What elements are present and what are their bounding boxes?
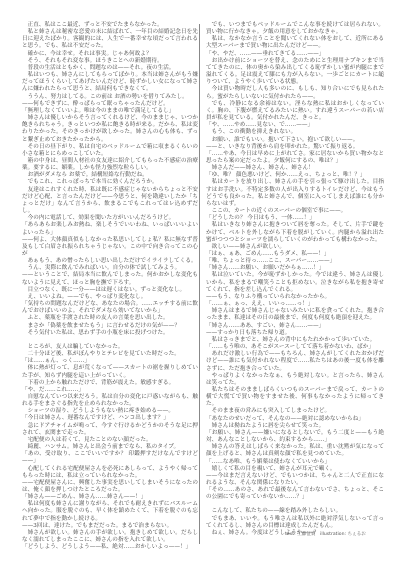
column-divider [199, 24, 200, 544]
text-paragraph: まさか「偽薬を飲ませたもう」に言わせるだけの気が——？ [22, 323, 198, 330]
text-paragraph: こんなして、私たちの——線を踏み外したらしい。 [206, 508, 384, 515]
text-paragraph: 今は買い物時だし人も多いのに、もしも、知り合いにでも見られたら。蜜がたらしいない… [206, 86, 384, 100]
text-paragraph: ——3回は、達けた。でもまだだった。まるで治まらない。 [22, 523, 198, 530]
text-paragraph: 私は何度も姉さんに謝りながら、それでも耐えきれずにバスルームへ向かった。服を脱ぐ… [22, 501, 198, 522]
text-paragraph: 欲しい——姉さんが欲しい。 [206, 244, 384, 251]
text-paragraph: 私は、なかなか言うことを聞いてくれない体をおして、近所にある大型スーパーまで買い… [206, 36, 384, 50]
text-paragraph: もう、この衝動を抑えきれない。 [206, 129, 384, 136]
text-paragraph: ——何よ、大体顔真似もしなかった私思いしてしょ私？私に無なず普及もして白眉され振… [22, 237, 198, 258]
text-paragraph: ところが、友人は騙していなかった。 [22, 344, 198, 351]
text-paragraph: ——と、いきなり背後から肩を叩かれた。驚いて振り返る。 [206, 144, 384, 151]
text-paragraph: でもまあ、いいや。もう唯さんは私以外に絶対浮気しないって言ってくれてるし、姉さん… [206, 516, 384, 530]
text-paragraph: 「姉さん……ああ、すごい、姉さん……——」 [206, 323, 384, 330]
text-paragraph: 「気持ちの問題なんだけどな、あなたの場合。……エッチする前に飲んでおけばいいのよ… [22, 301, 198, 315]
text-paragraph: 下着の上から触れただけで、背筋が震えた。敏感すぎる。 [22, 380, 198, 387]
text-paragraph: 私はいつも、姉さんにしてもらってばかり。本当は姉さんがもう嫌だってほうくらいして… [22, 72, 198, 93]
text-paragraph: ——宅配便屋さんに、興奮した事実を思いしてしまいそうになったのは、俺く顔を押しつ… [22, 480, 198, 494]
text-paragraph: ううん、努力はしてる。この前は お酒の勢いを借りてみたし。 [22, 94, 198, 101]
text-paragraph: 「お願い、姉さん——嫌いになるとしないで。もう二度と——もう絶対、あんなことしな… [206, 430, 384, 444]
text-paragraph: 私たちはそのまましばらくいつものスーパーまで戻って、カートの横で大慌てで買い物を… [206, 387, 384, 408]
text-paragraph: 確かに、今は幸せ。それは事実。じゃあ何故よ？ [22, 51, 198, 58]
text-paragraph: 私はさっきまでと、姉さんの背中にもたれかかって歩いていた。 [206, 337, 384, 344]
text-paragraph: 姉さんは優しいからそう言ってくれるけど、今のままじゃ、いつか飽きられちゃう。きっ… [22, 115, 198, 144]
text-paragraph: 「今日は姉さん、遅番なんですけど、ハンコ出します？」 [22, 415, 198, 422]
text-paragraph: 「どうしよう、どうしよう——私、絶対……おかしいよっ——！」 [22, 544, 198, 551]
credit-line: text: 工藤征貴 illustration: ちぇるお [285, 531, 366, 537]
text-paragraph: 姉さんが欲しい。姉さんの手が欲しい。抱きしめて欲しい。だらしなく濡れてしまったこ… [22, 530, 198, 544]
text-paragraph: 急にドアチャイムが鳴って、今すぐ行けるかどうかのそうな足に押されて、玄関まで走っ… [22, 423, 198, 437]
text-paragraph: 「あの、受け取り、ここでいいですか？ 印鑑押すだけなんですけど——」 [22, 451, 198, 465]
document-page: 正直、私はここ最近、ずっと不安でたまらなかった。私と姉さんは秘密な恋愛の末に結ば… [0, 0, 400, 566]
text-paragraph: そう、それもそれ変な事。ほうきことへの新婚期待。 [22, 58, 198, 65]
text-paragraph: 「無理しなくていいよ。唯は今のままの唯で満足してるし」 [22, 108, 198, 115]
text-paragraph: でも、いつまでもベッドルームでこんな事を続けては居られない。買い物に行かなきゃ。… [206, 22, 384, 36]
text-paragraph: ふと、薬瓶を手渡された時の友人の言葉を思い出した。 [22, 315, 198, 322]
text-paragraph: お出かけ前にショーツを替え、念のためにと生理用ナプキンまで当ててきたのに、体の奥… [206, 58, 384, 87]
text-paragraph: でもこれ、これっぽっちで本当に効くんだろうか。 [22, 179, 198, 186]
text-paragraph: その日の昼下がり、私は自宅のベッドルームで箱に収まるくらいの小さな箱とにらめっこ… [22, 144, 198, 158]
text-paragraph: 「や、やだ、……——垂れてきてる……——」 [206, 51, 384, 58]
text-paragraph: 私は泣いていた。今が恥ずかしかった。今では違う、姉さんは優しいから、私をまるで嘲… [206, 272, 384, 293]
text-paragraph: 自慰なんていつ以来だろう。私は自分の変化に戸惑いながらも、触れる手をまさぐる指先… [22, 394, 198, 408]
text-paragraph: そのまま夜の営みにも突入してしまったけど。 [206, 408, 384, 415]
text-paragraph: 私と姉さんは秘密な恋愛の末に結ばれて、一年目の結婚記念日を先日に迎えたばかり。客… [22, 29, 198, 50]
text-paragraph: 私はカートを放り出し、姉さんの手を引っ張って駆け出した。目指すはお手洗い。不特定… [206, 179, 384, 208]
text-paragraph: 体に熱が灯って、息が荒くなって——スカートの裾を握りしめていた手が、知らず内腿を… [22, 365, 198, 379]
text-paragraph: お願い、誰でもいい。抱いて下さい。抱いて欲しい——。 [206, 137, 384, 144]
right-text-column: でも、いつまでもベッドルームでこんな事を続けては居られない。買い物に行かなきゃ。… [206, 22, 384, 537]
text-paragraph: 姉さんは拗ねたように唇を尖らせて笑った。 [206, 423, 384, 430]
text-paragraph: 友達はこれすくれた時、私は既に不感症じゃないからちょっと不安だけど心配、と言った… [22, 187, 198, 216]
text-paragraph: 「あらあらお楽しみお熱ね、楽しそうでいいわね、いっぱいいいよいよいったら」 [22, 222, 198, 236]
text-paragraph: 姉さんの答えはしばらく来なかった。私は、重い沈黙が気になって顔を上げると、姉さん… [206, 444, 384, 458]
text-paragraph: 「や、だ……これ……」 [22, 387, 198, 394]
text-paragraph: ——すっかり日も落ちた帰り道。 [206, 330, 384, 337]
text-paragraph: 箱の中身は、昼間人材社の女友達に紹介してもらった不感症の治療薬。要するに、媚薬。… [22, 158, 198, 172]
text-paragraph: 嬉しくて私の目を覗いて、姉さんが耳元で囁く。 [206, 466, 384, 473]
text-paragraph: でも、冷静になる余裕はない。淫らな熱に私はおかしくなっていく。胸の、下腹が燃えて… [206, 101, 384, 122]
text-paragraph: 「あなたのせいだって、そんなの——絶対に認めないからね」 [206, 416, 384, 423]
text-paragraph: 「……やあ、今日は早めに上がれてさ。家に居ないから買い物かなと思ったら案の定だっ… [206, 151, 384, 165]
text-paragraph: ——ということで、結局本当に飲んでしまった。何かおかしな変化もないように見えて、… [22, 272, 198, 286]
text-paragraph: そう気付いた私は、思わず手の小瓶を床に投げつけた。 [22, 330, 198, 337]
text-paragraph: あれだけ激しい行為で——もちろん、姉さんがしてくれたおかげだけど——誰にも気付か… [206, 351, 384, 372]
text-paragraph: 私はいきなり姉さんに抱きついて唇を奪った。そして、片手で鍵をかけて、ベルトを外し… [206, 222, 384, 243]
left-text-column: 正直、私はここ最近、ずっと不安でたまらなかった。私と姉さんは秘密な恋愛の末に結ば… [22, 22, 198, 551]
text-paragraph: 心配してくれる宅配便屋さんを必死にあしらって、ようやく帰ってもらった時には、私は… [22, 466, 198, 480]
text-paragraph: ——今はまだ言えないけど、でもいつかは、ちゃんと二人で正直になれるような、そんな… [206, 473, 384, 487]
text-paragraph: 目立つなく、既に一分——はは遅くはない。ずっと変化なし。 [22, 287, 198, 294]
text-paragraph: ——何もできずに、酔っぱらって眠っちゃったんだけど。 [22, 101, 198, 108]
text-paragraph: 姉さんはまるで姉さんじゃないみたいに私を貪ってくれた。抱き合ったまま、私達はその… [206, 308, 384, 322]
text-paragraph: 「……なあ唯、もう媚薬は使わなくていいから」 [206, 459, 384, 466]
text-paragraph: やっぱりよくなかったなぁ、もう絶対しない。と言ったら、姉さんは笑ってた。 [206, 373, 384, 387]
text-paragraph: 「その……あのさ、あれで最後なんて言わないでさ、ちょっと、そこの公園にでも寄って… [206, 487, 384, 501]
text-paragraph: 宅配便の人は若くて、見たことのない顔だった。 [22, 437, 198, 444]
